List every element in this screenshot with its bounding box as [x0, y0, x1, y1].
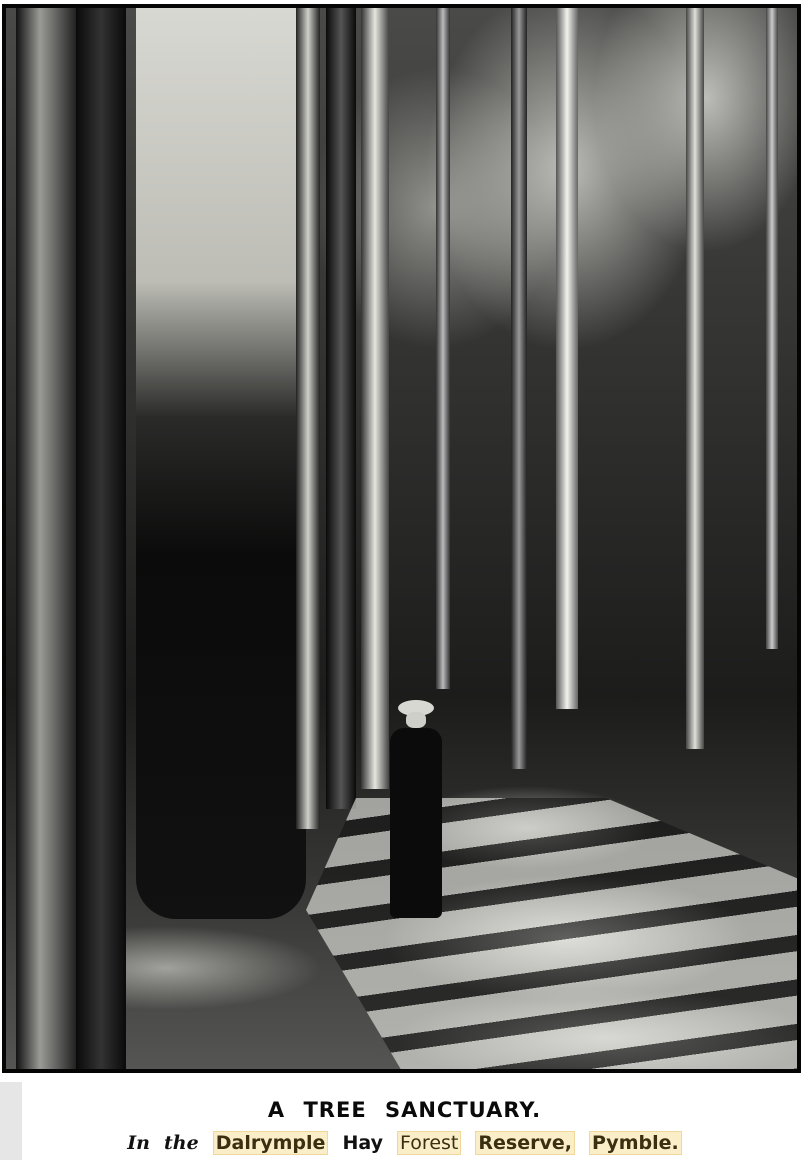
photo-caption: A TREE SANCTUARY. In the Dalrymple Hay F…: [22, 1082, 809, 1160]
tree-trunk: [436, 8, 450, 689]
search-highlight[interactable]: Dalrymple: [213, 1131, 329, 1155]
search-highlight[interactable]: Reserve,: [475, 1131, 575, 1155]
face: [406, 712, 426, 728]
caption-word: Hay: [342, 1132, 383, 1154]
caption-word: the: [164, 1132, 199, 1154]
tree-trunk: [76, 8, 126, 1069]
search-highlight[interactable]: Forest: [397, 1131, 461, 1155]
caption-subline: In the Dalrymple Hay Forest Reserve, Pym…: [22, 1132, 787, 1154]
forest-scene: [6, 8, 797, 1069]
tree-trunk: [511, 8, 527, 769]
caption-headline: A TREE SANCTUARY.: [22, 1098, 787, 1122]
tree-trunk: [296, 8, 320, 829]
tree-trunk: [361, 8, 389, 789]
woman-figure: [386, 708, 446, 918]
margin-strip: [0, 1082, 22, 1160]
tree-trunk: [326, 8, 356, 809]
sunlit-path: [306, 798, 801, 1073]
newspaper-photograph: [2, 4, 801, 1073]
tree-trunk: [556, 8, 578, 709]
tree-trunk: [136, 8, 306, 919]
tree-trunk: [686, 8, 704, 749]
caption-word: In: [127, 1132, 150, 1154]
search-highlight[interactable]: Pymble.: [589, 1131, 682, 1155]
tree-trunk: [766, 8, 778, 649]
dark-dress: [390, 728, 442, 918]
tree-trunk: [16, 8, 76, 1069]
